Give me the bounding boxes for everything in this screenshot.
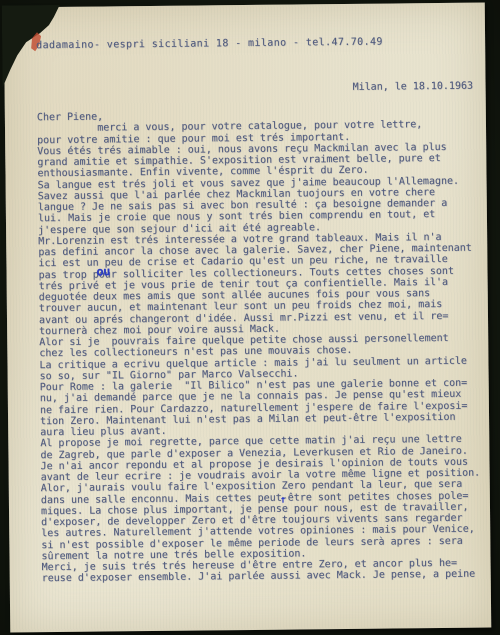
letter-lines: merci a vous, pour votre catalogue, pour…: [37, 119, 488, 585]
pen-ink-correction: ou: [96, 266, 110, 278]
letter-body: Cher Piene, merci a vous, pour votre cat…: [37, 108, 488, 585]
date-line: Milan, le 18.10.1963: [353, 81, 474, 93]
letter-paper: dadamaino- vespri siciliani 18 - milano …: [4, 2, 492, 632]
photo-background: dadamaino- vespri siciliani 18 - milano …: [0, 0, 500, 635]
letterhead: dadamaino- vespri siciliani 18 - milano …: [36, 37, 383, 52]
torn-corner: [2, 5, 98, 101]
pen-ink-mark: ↑: [280, 495, 286, 506]
